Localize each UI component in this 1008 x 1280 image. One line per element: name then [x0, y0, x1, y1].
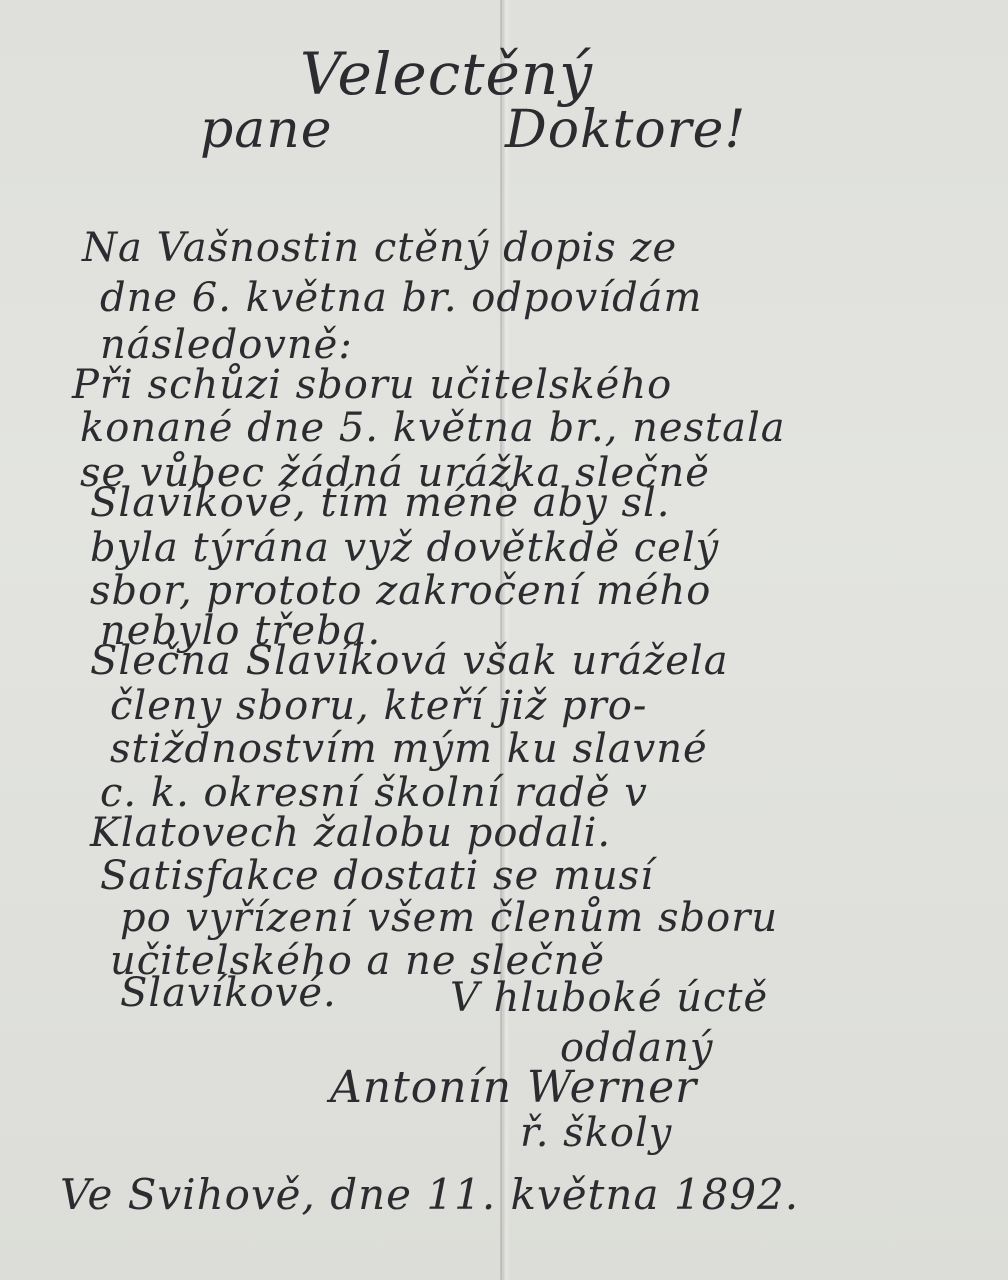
closing-line-1: V hluboké úctě: [450, 975, 768, 1021]
body-line: stiždnostvím mým ku slavné: [110, 726, 708, 772]
dateline: Ve Svihově, dne 11. května 1892.: [60, 1170, 799, 1219]
body-line: dne 6. května br. odpovídám: [100, 275, 702, 321]
salutation-pane: pane: [200, 100, 333, 160]
body-line: Na Vašnostin ctěný dopis ze: [82, 225, 677, 271]
body-line: po vyřízení všem členům sboru: [120, 895, 778, 941]
signature-title: ř. školy: [520, 1110, 672, 1156]
body-line: Klatovech žalobu podali.: [90, 810, 611, 856]
body-line: byla týrána vyž dovětkdě celý: [90, 525, 719, 571]
body-line: členy sboru, kteří již pro-: [110, 683, 647, 729]
body-line: Slavíkové.: [120, 970, 337, 1016]
body-line: Při schůzi sboru učitelského: [72, 362, 672, 408]
body-line: Slečna Slavíková však urážela: [90, 638, 729, 684]
signature-name: Antonín Werner: [330, 1062, 697, 1113]
body-line: Satisfakce dostati se musí: [100, 853, 654, 899]
body-line: Slavíkové, tím méně aby sl.: [90, 480, 671, 526]
body-line: konané dne 5. května br., nestala: [80, 405, 786, 451]
salutation-doktore: Doktore!: [505, 100, 746, 160]
salutation-line-1: Velectěný: [300, 40, 593, 108]
letter-page: Velectěný pane Doktore! Na Vašnostin ctě…: [0, 0, 1008, 1280]
